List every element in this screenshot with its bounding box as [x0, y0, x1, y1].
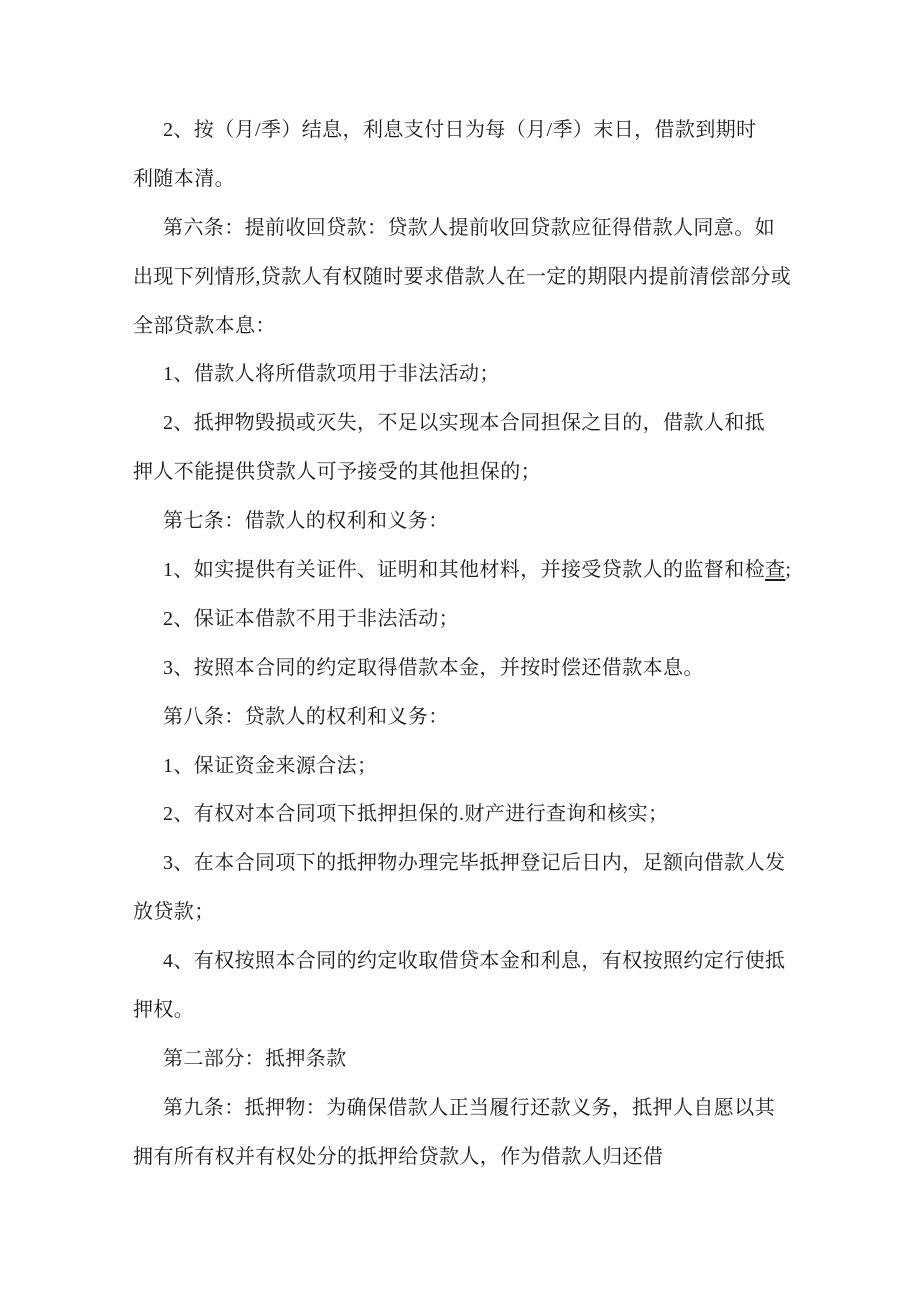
document-line: 3、按照本合同的约定取得借款本金，并按时偿还借款本息。 [133, 644, 825, 693]
text-run: 2、抵押物毁损或灭失，不足以实现本合同担保之目的，借款人和抵 [163, 412, 765, 434]
text-run: 利随本清。 [133, 168, 235, 190]
text-run: 3、在本合同项下的抵押物办理完毕抵押登记后日内，足额向借款人发 [163, 852, 785, 874]
text-run: 2、保证本借款不用于非法活动； [163, 608, 459, 630]
text-run: 2、有权对本合同项下抵押担保的.财产进行查询和核实； [163, 803, 668, 825]
text-run: 1、保证资金来源合法； [163, 755, 377, 777]
document-line: 1、保证资金来源合法； [133, 742, 825, 791]
document-line: 第八条：贷款人的权利和义务： [133, 693, 825, 742]
document-body: 2、按（月/季）结息，利息支付日为每（月/季）末日，借款到期时利随本清。第六条：… [133, 106, 825, 1182]
text-run: 全部贷款本息： [133, 315, 276, 337]
document-line: 全部贷款本息： [133, 302, 825, 351]
text-run: 押权。 [133, 999, 194, 1021]
document-line: 2、保证本借款不用于非法活动； [133, 595, 825, 644]
document-page: 2、按（月/季）结息，利息支付日为每（月/季）末日，借款到期时利随本清。第六条：… [0, 0, 920, 1301]
document-line: 拥有所有权并有权处分的抵押给贷款人，作为借款人归还借 [133, 1133, 825, 1182]
document-line: 2、抵押物毁损或灭失，不足以实现本合同担保之目的，借款人和抵 [133, 399, 825, 448]
document-line: 2、按（月/季）结息，利息支付日为每（月/季）末日，借款到期时 [133, 106, 825, 155]
text-run: 放贷款； [133, 901, 215, 923]
document-line: 利随本清。 [133, 155, 825, 204]
text-run: 3、按照本合同的约定取得借款本金，并按时偿还借款本息。 [163, 657, 704, 679]
text-run: 1、如实提供有关证件、证明和其他材料，并接受贷款人的监督和检 [163, 559, 765, 581]
text-run: 2、按（月/季）结息，利息支付日为每（月/季）末日，借款到期时 [163, 119, 757, 141]
text-run: 第二部分：抵押条款 [163, 1048, 347, 1070]
text-run: 4、有权按照本合同的约定收取借贷本金和利息，有权按照约定行使抵 [163, 950, 785, 972]
document-line: 第六条：提前收回贷款：贷款人提前收回贷款应征得借款人同意。如 [133, 204, 825, 253]
document-line: 第七条：借款人的权利和义务： [133, 497, 825, 546]
document-line: 1、如实提供有关证件、证明和其他材料，并接受贷款人的监督和检查; [133, 546, 825, 595]
document-line: 出现下列情形,贷款人有权随时要求借款人在一定的期限内提前清偿部分或 [133, 253, 825, 302]
document-line: 押权。 [133, 986, 825, 1035]
text-run: 1、借款人将所借款项用于非法活动； [163, 363, 500, 385]
text-run: 第九条：抵押物：为确保借款人正当履行还款义务，抵押人自愿以其 [163, 1097, 775, 1119]
document-line: 放贷款； [133, 888, 825, 937]
text-run: 第七条：借款人的权利和义务： [163, 510, 449, 532]
text-run: 第八条：贷款人的权利和义务： [163, 706, 449, 728]
document-line: 3、在本合同项下的抵押物办理完毕抵押登记后日内，足额向借款人发 [133, 839, 825, 888]
text-run: 押人不能提供贷款人可予接受的其他担保的； [133, 461, 541, 483]
text-run: 出现下列情形,贷款人有权随时要求借款人在一定的期限内提前清偿部分或 [133, 266, 791, 288]
text-run: 拥有所有权并有权处分的抵押给贷款人，作为借款人归还借 [133, 1146, 663, 1168]
document-line: 押人不能提供贷款人可予接受的其他担保的； [133, 448, 825, 497]
document-line: 第九条：抵押物：为确保借款人正当履行还款义务，抵押人自愿以其 [133, 1084, 825, 1133]
text-run: ; [785, 559, 791, 581]
document-line: 第二部分：抵押条款 [133, 1035, 825, 1084]
document-line: 1、借款人将所借款项用于非法活动； [133, 350, 825, 399]
underlined-text-run: 查 [765, 559, 785, 581]
document-line: 4、有权按照本合同的约定收取借贷本金和利息，有权按照约定行使抵 [133, 937, 825, 986]
text-run: 第六条：提前收回贷款：贷款人提前收回贷款应征得借款人同意。如 [163, 217, 775, 239]
document-line: 2、有权对本合同项下抵押担保的.财产进行查询和核实； [133, 790, 825, 839]
